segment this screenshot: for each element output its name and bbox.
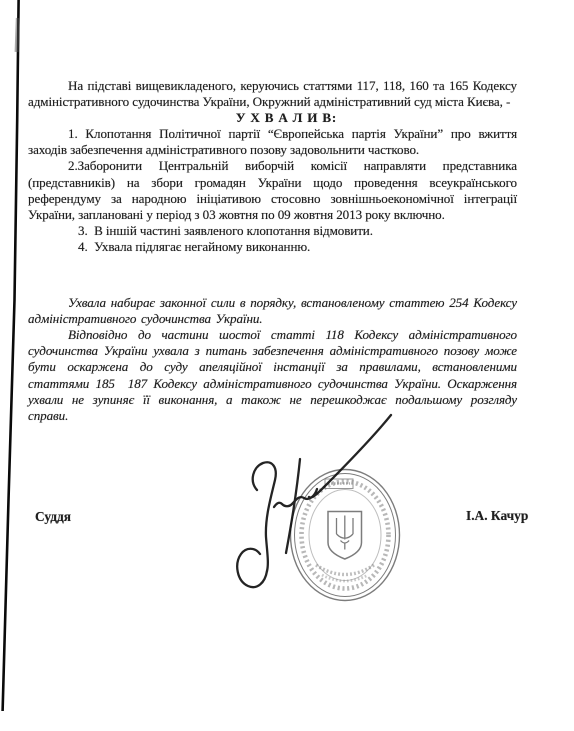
legal-notes-block: Ухвала набирає законної сили в порядку, … <box>28 295 517 424</box>
resolution-item: 2.Заборонити Центральній виборчій комісі… <box>28 158 517 222</box>
judge-name: І.А. Качур <box>466 508 528 524</box>
legal-note: Ухвала набирає законної сили в порядку, … <box>28 295 517 327</box>
resolution-heading: У Х В А Л И В: <box>42 110 531 126</box>
resolution-item: 4. Ухвала підлягає негайному виконанню. <box>28 239 517 255</box>
legal-note: Відповідно до частини шостої статті 118 … <box>28 327 517 424</box>
intro-paragraph: На підставі вищевикладеного, керуючись с… <box>28 78 517 110</box>
ruling-text-block: На підставі вищевикладеного, керуючись с… <box>28 78 517 424</box>
judge-signature-ink <box>220 405 420 615</box>
scanned-court-ruling-page: На підставі вищевикладеного, керуючись с… <box>0 0 574 731</box>
resolution-item: 1. Клопотання Політичної партії “Європей… <box>28 126 517 158</box>
court-seal-icon <box>289 468 401 602</box>
judge-role-label: Суддя <box>35 509 71 525</box>
resolution-item: 3. В іншій частині заявленого клопотання… <box>28 223 517 239</box>
